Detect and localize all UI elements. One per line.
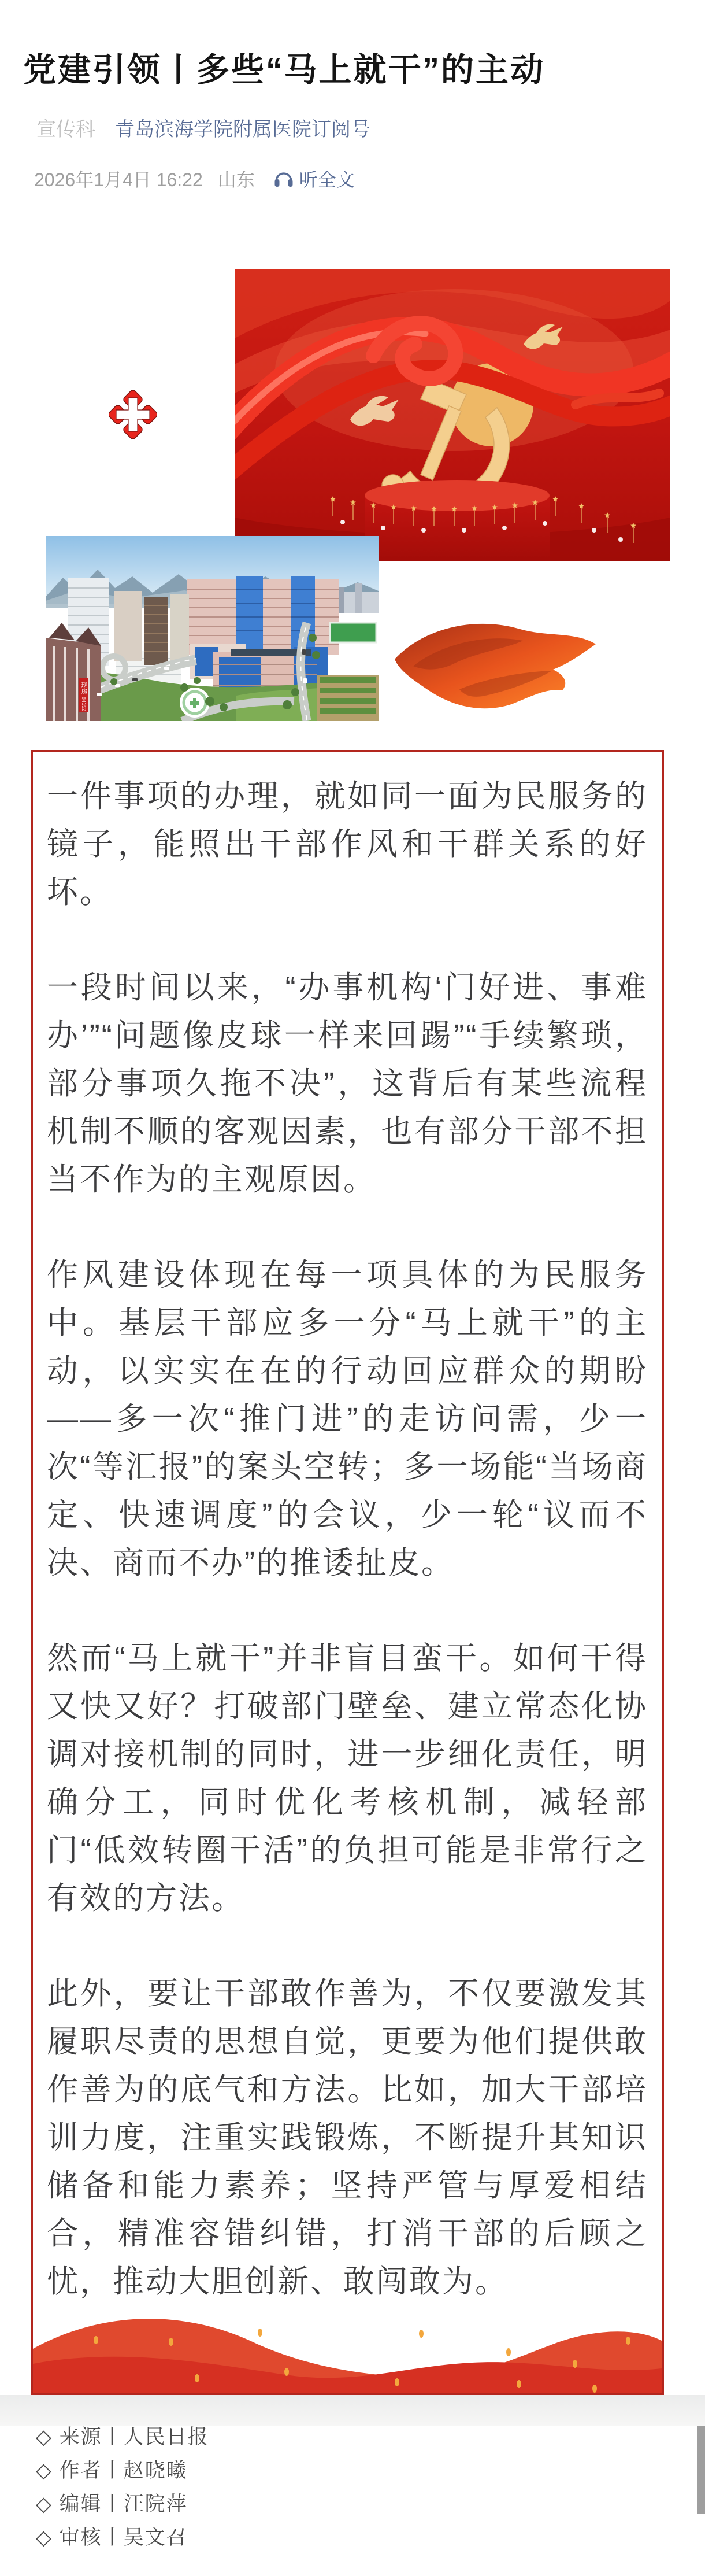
article-body-box: 一件事项的办理，就如同一面为民服务的镜子，能照出干部作风和干群关系的好坏。 一段… [31,750,664,2395]
publish-location: 山东 [218,165,255,192]
party-emblem-illustration [235,269,670,561]
red-flag-illustration [390,614,600,712]
paragraph: 作风建设体现在每一项具体的为民服务中。基层干部应多一分“马上就干”的主动，以实实… [47,1251,648,1587]
article-title: 党建引领丨多些“马上就干”的主动 [23,49,688,92]
building-sign-number: 84152 [81,697,87,711]
credits-block: ◇ 来源丨人民日报 ◇ 作者丨赵晓曦 ◇ 编辑丨汪院萍 ◇ 审核丨吴文召 [36,2420,209,2555]
byline-row: 宣传科青岛滨海学院附属医院订阅号 [36,113,370,142]
hospital-red-cross-logo [109,390,157,439]
footer-wave-illustration [33,2308,662,2393]
round-lawn-emblem [180,688,210,718]
paragraph: 此外，要让干部敢作善为，不仅要激发其履职尽责的思想自觉，更要为他们提供敢作善为的… [47,1970,648,2306]
credit-editor: ◇ 编辑丨汪院萍 [36,2488,209,2521]
white-cross [116,398,150,431]
paragraph: 然而“马上就干”并非盲目蛮干。如何干得又快又好？打破部门壁垒、建立常态化协调对接… [47,1635,648,1923]
credit-source: ◇ 来源丨人民日报 [36,2420,209,2454]
credit-author: ◇ 作者丨赵晓曦 [36,2454,209,2488]
meta-row: 2026年1月4日 16:22 山东 听全文 [34,165,355,192]
paragraph: 一件事项的办理，就如同一面为民服务的镜子，能照出干部作风和干群关系的好坏。 [47,773,648,916]
paragraph: 一段时间以来，“办事机构‘门好进、事难办’”“问题像皮球一样来回踢”“手续繁琐，… [47,964,648,1204]
building-sign-text: 现房 [80,682,88,694]
football-pitch [330,623,376,642]
account-link[interactable]: 青岛滨海学院附属医院订阅号 [115,119,370,141]
publish-date: 2026年1月4日 16:22 [34,165,203,192]
hospital-logo-image[interactable] [109,390,157,439]
listen-label: 听全文 [299,165,355,192]
headphone-icon [273,169,294,188]
party-emblem-image[interactable] [235,269,670,561]
hospital-aerial-scene: 现房 84152 [46,536,379,721]
hospital-main-building [187,576,339,655]
credit-reviewer: ◇ 审核丨吴文召 [36,2521,209,2555]
author-department: 宣传科 [36,119,95,141]
wechat-article-page: { "header": { "title": "党建引领丨多些“马上就干”的主动… [0,0,705,2576]
hospital-aerial-photo[interactable]: 现房 84152 [46,536,379,721]
red-flag-image[interactable] [390,614,600,712]
listen-full-text-button[interactable]: 听全文 [273,165,355,192]
scrollbar-thumb[interactable] [697,2426,705,2514]
